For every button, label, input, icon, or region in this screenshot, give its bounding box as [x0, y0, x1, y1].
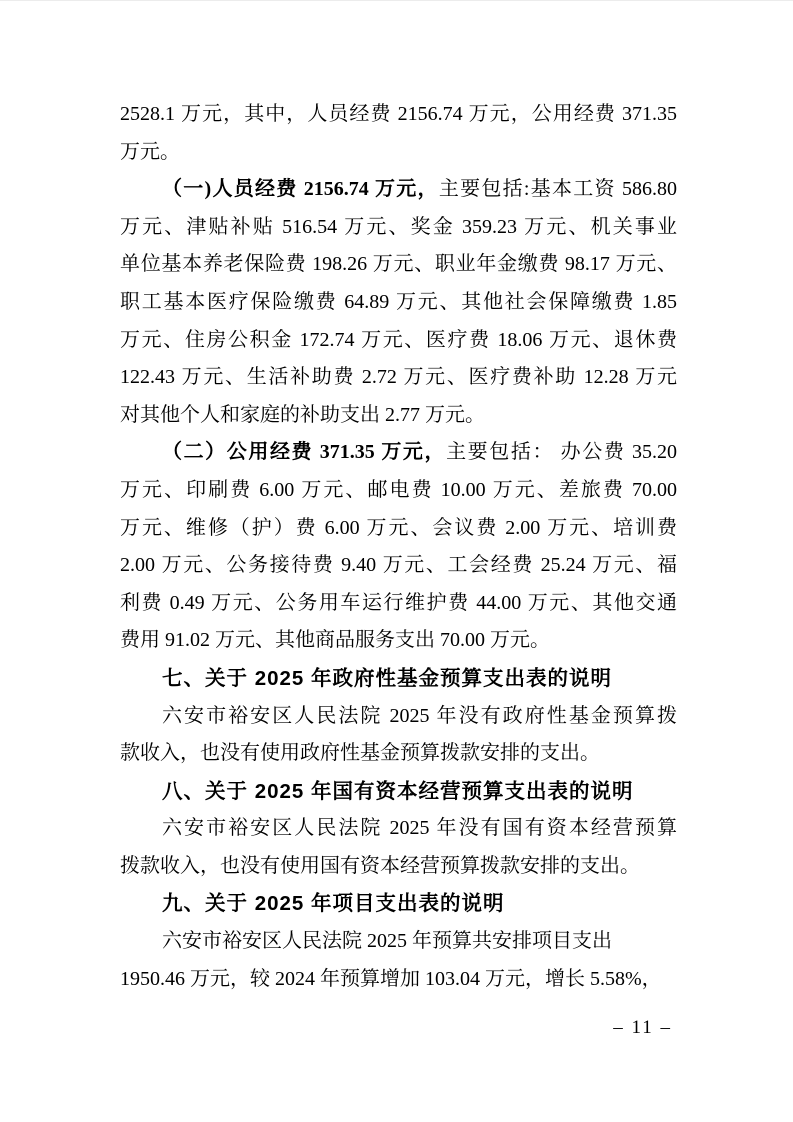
- text-line: 利费 0.49 万元、公务用车运行维护费 44.00 万元、其他交通: [120, 585, 677, 623]
- text-line: （一)人员经费 2156.74 万元，主要包括:基本工资 586.80: [120, 171, 677, 209]
- text-run: 主要包括： 办公费 35.20: [446, 441, 677, 463]
- section-heading-line: 八、关于 2025 年国有资本经营预算支出表的说明: [120, 773, 677, 811]
- bold-run: （二）公用经费 371.35 万元，: [162, 441, 446, 463]
- text-run: 主要包括:基本工资 586.80: [439, 178, 677, 200]
- text-line: 万元、印刷费 6.00 万元、邮电费 10.00 万元、差旅费 70.00: [120, 472, 677, 510]
- text-line: 对其他个人和家庭的补助支出 2.77 万元。: [120, 397, 677, 435]
- text-line: 万元。: [120, 134, 677, 172]
- text-line: 六安市裕安区人民法院 2025 年没有政府性基金预算拨: [120, 698, 677, 736]
- document-page: 2528.1 万元，其中，人员经费 2156.74 万元，公用经费 371.35…: [0, 0, 793, 1122]
- text-line: （二）公用经费 371.35 万元，主要包括： 办公费 35.20: [120, 434, 677, 472]
- text-line: 2.00 万元、公务接待费 9.40 万元、工会经费 25.24 万元、福: [120, 547, 677, 585]
- text-line: 职工基本医疗保险缴费 64.89 万元、其他社会保障缴费 1.85: [120, 284, 677, 322]
- text-line: 万元、住房公积金 172.74 万元、医疗费 18.06 万元、退休费: [120, 322, 677, 360]
- text-line: 拨款收入，也没有使用国有资本经营预算拨款安排的支出。: [120, 848, 677, 886]
- page-number: – 11 –: [613, 1013, 672, 1043]
- section-heading-line: 七、关于 2025 年政府性基金预算支出表的说明: [120, 660, 677, 698]
- section-heading-line: 九、关于 2025 年项目支出表的说明: [120, 885, 677, 923]
- text-line: 六安市裕安区人民法院 2025 年没有国有资本经营预算: [120, 810, 677, 848]
- text-line: 2528.1 万元，其中，人员经费 2156.74 万元，公用经费 371.35: [120, 96, 677, 134]
- document-body: 2528.1 万元，其中，人员经费 2156.74 万元，公用经费 371.35…: [120, 96, 677, 998]
- text-line: 122.43 万元、生活补助费 2.72 万元、医疗费补助 12.28 万元: [120, 359, 677, 397]
- text-line: 费用 91.02 万元、其他商品服务支出 70.00 万元。: [120, 622, 677, 660]
- text-line: 万元、维修（护）费 6.00 万元、会议费 2.00 万元、培训费: [120, 510, 677, 548]
- text-line: 1950.46 万元，较 2024 年预算增加 103.04 万元，增长 5.5…: [120, 961, 677, 999]
- text-line: 六安市裕安区人民法院 2025 年预算共安排项目支出: [120, 923, 677, 961]
- text-line: 单位基本养老保险费 198.26 万元、职业年金缴费 98.17 万元、: [120, 246, 677, 284]
- text-line: 万元、津贴补贴 516.54 万元、奖金 359.23 万元、机关事业: [120, 209, 677, 247]
- bold-run: （一)人员经费 2156.74 万元，: [162, 178, 439, 200]
- text-line: 款收入，也没有使用政府性基金预算拨款安排的支出。: [120, 735, 677, 773]
